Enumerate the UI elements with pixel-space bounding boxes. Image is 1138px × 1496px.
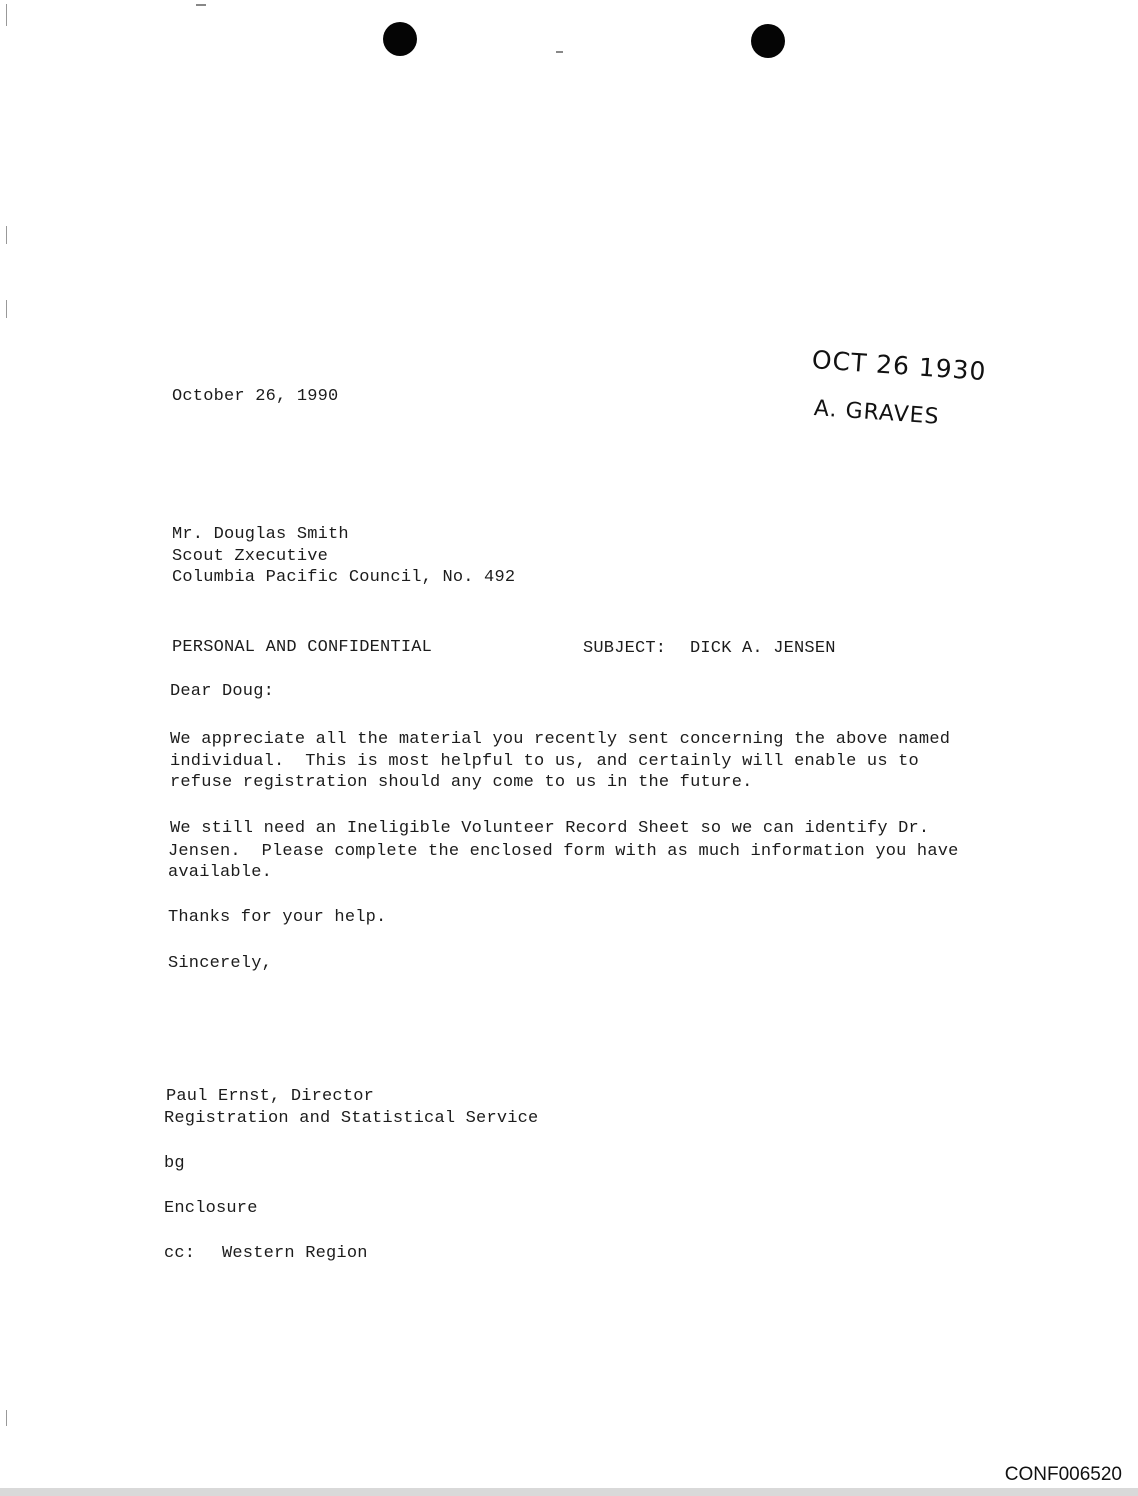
- classification-label: PERSONAL AND CONFIDENTIAL: [172, 637, 432, 659]
- recipient-title: Scout Zxecutive: [172, 546, 328, 568]
- paragraph-line: refuse registration should any come to u…: [170, 772, 753, 794]
- salutation: Dear Doug:: [170, 681, 274, 703]
- paragraph-line: available.: [168, 862, 272, 884]
- signer-department: Registration and Statistical Service: [164, 1108, 538, 1130]
- paragraph-line: Jensen. Please complete the enclosed for…: [168, 841, 959, 863]
- cc-label: cc:: [164, 1243, 195, 1265]
- recipient-organization: Columbia Pacific Council, No. 492: [172, 567, 515, 589]
- signer-name: Paul Ernst, Director: [166, 1086, 374, 1108]
- typist-initials: bg: [164, 1153, 185, 1175]
- paragraph-3: Thanks for your help.: [168, 907, 386, 929]
- bates-number: CONF006520: [1005, 1464, 1122, 1486]
- closing: Sincerely,: [168, 953, 272, 975]
- punch-hole-right: [751, 24, 785, 58]
- subject-label: SUBJECT:: [583, 638, 666, 660]
- received-stamp-name: A. GRAVES: [813, 396, 940, 430]
- letter-date: October 26, 1990: [172, 386, 338, 408]
- margin-mark: [6, 300, 7, 318]
- paragraph-line: We appreciate all the material you recen…: [170, 729, 950, 751]
- enclosure-note: Enclosure: [164, 1198, 258, 1220]
- margin-mark: [6, 1410, 7, 1426]
- punch-hole-left: [383, 22, 417, 56]
- received-stamp-date: OCT 26 1930: [811, 345, 987, 386]
- scan-speck: [196, 4, 206, 6]
- margin-mark: [6, 4, 7, 26]
- margin-mark: [6, 226, 7, 244]
- scan-speck: [556, 51, 563, 53]
- subject-value: DICK A. JENSEN: [690, 638, 836, 660]
- page-bottom-border: [0, 1488, 1138, 1496]
- paragraph-line: We still need an Ineligible Volunteer Re…: [170, 818, 929, 840]
- paragraph-line: individual. This is most helpful to us, …: [170, 751, 919, 773]
- cc-value: Western Region: [222, 1243, 368, 1265]
- recipient-name: Mr. Douglas Smith: [172, 524, 349, 546]
- document-page: OCT 26 1930 A. GRAVES October 26, 1990 M…: [0, 0, 1138, 1486]
